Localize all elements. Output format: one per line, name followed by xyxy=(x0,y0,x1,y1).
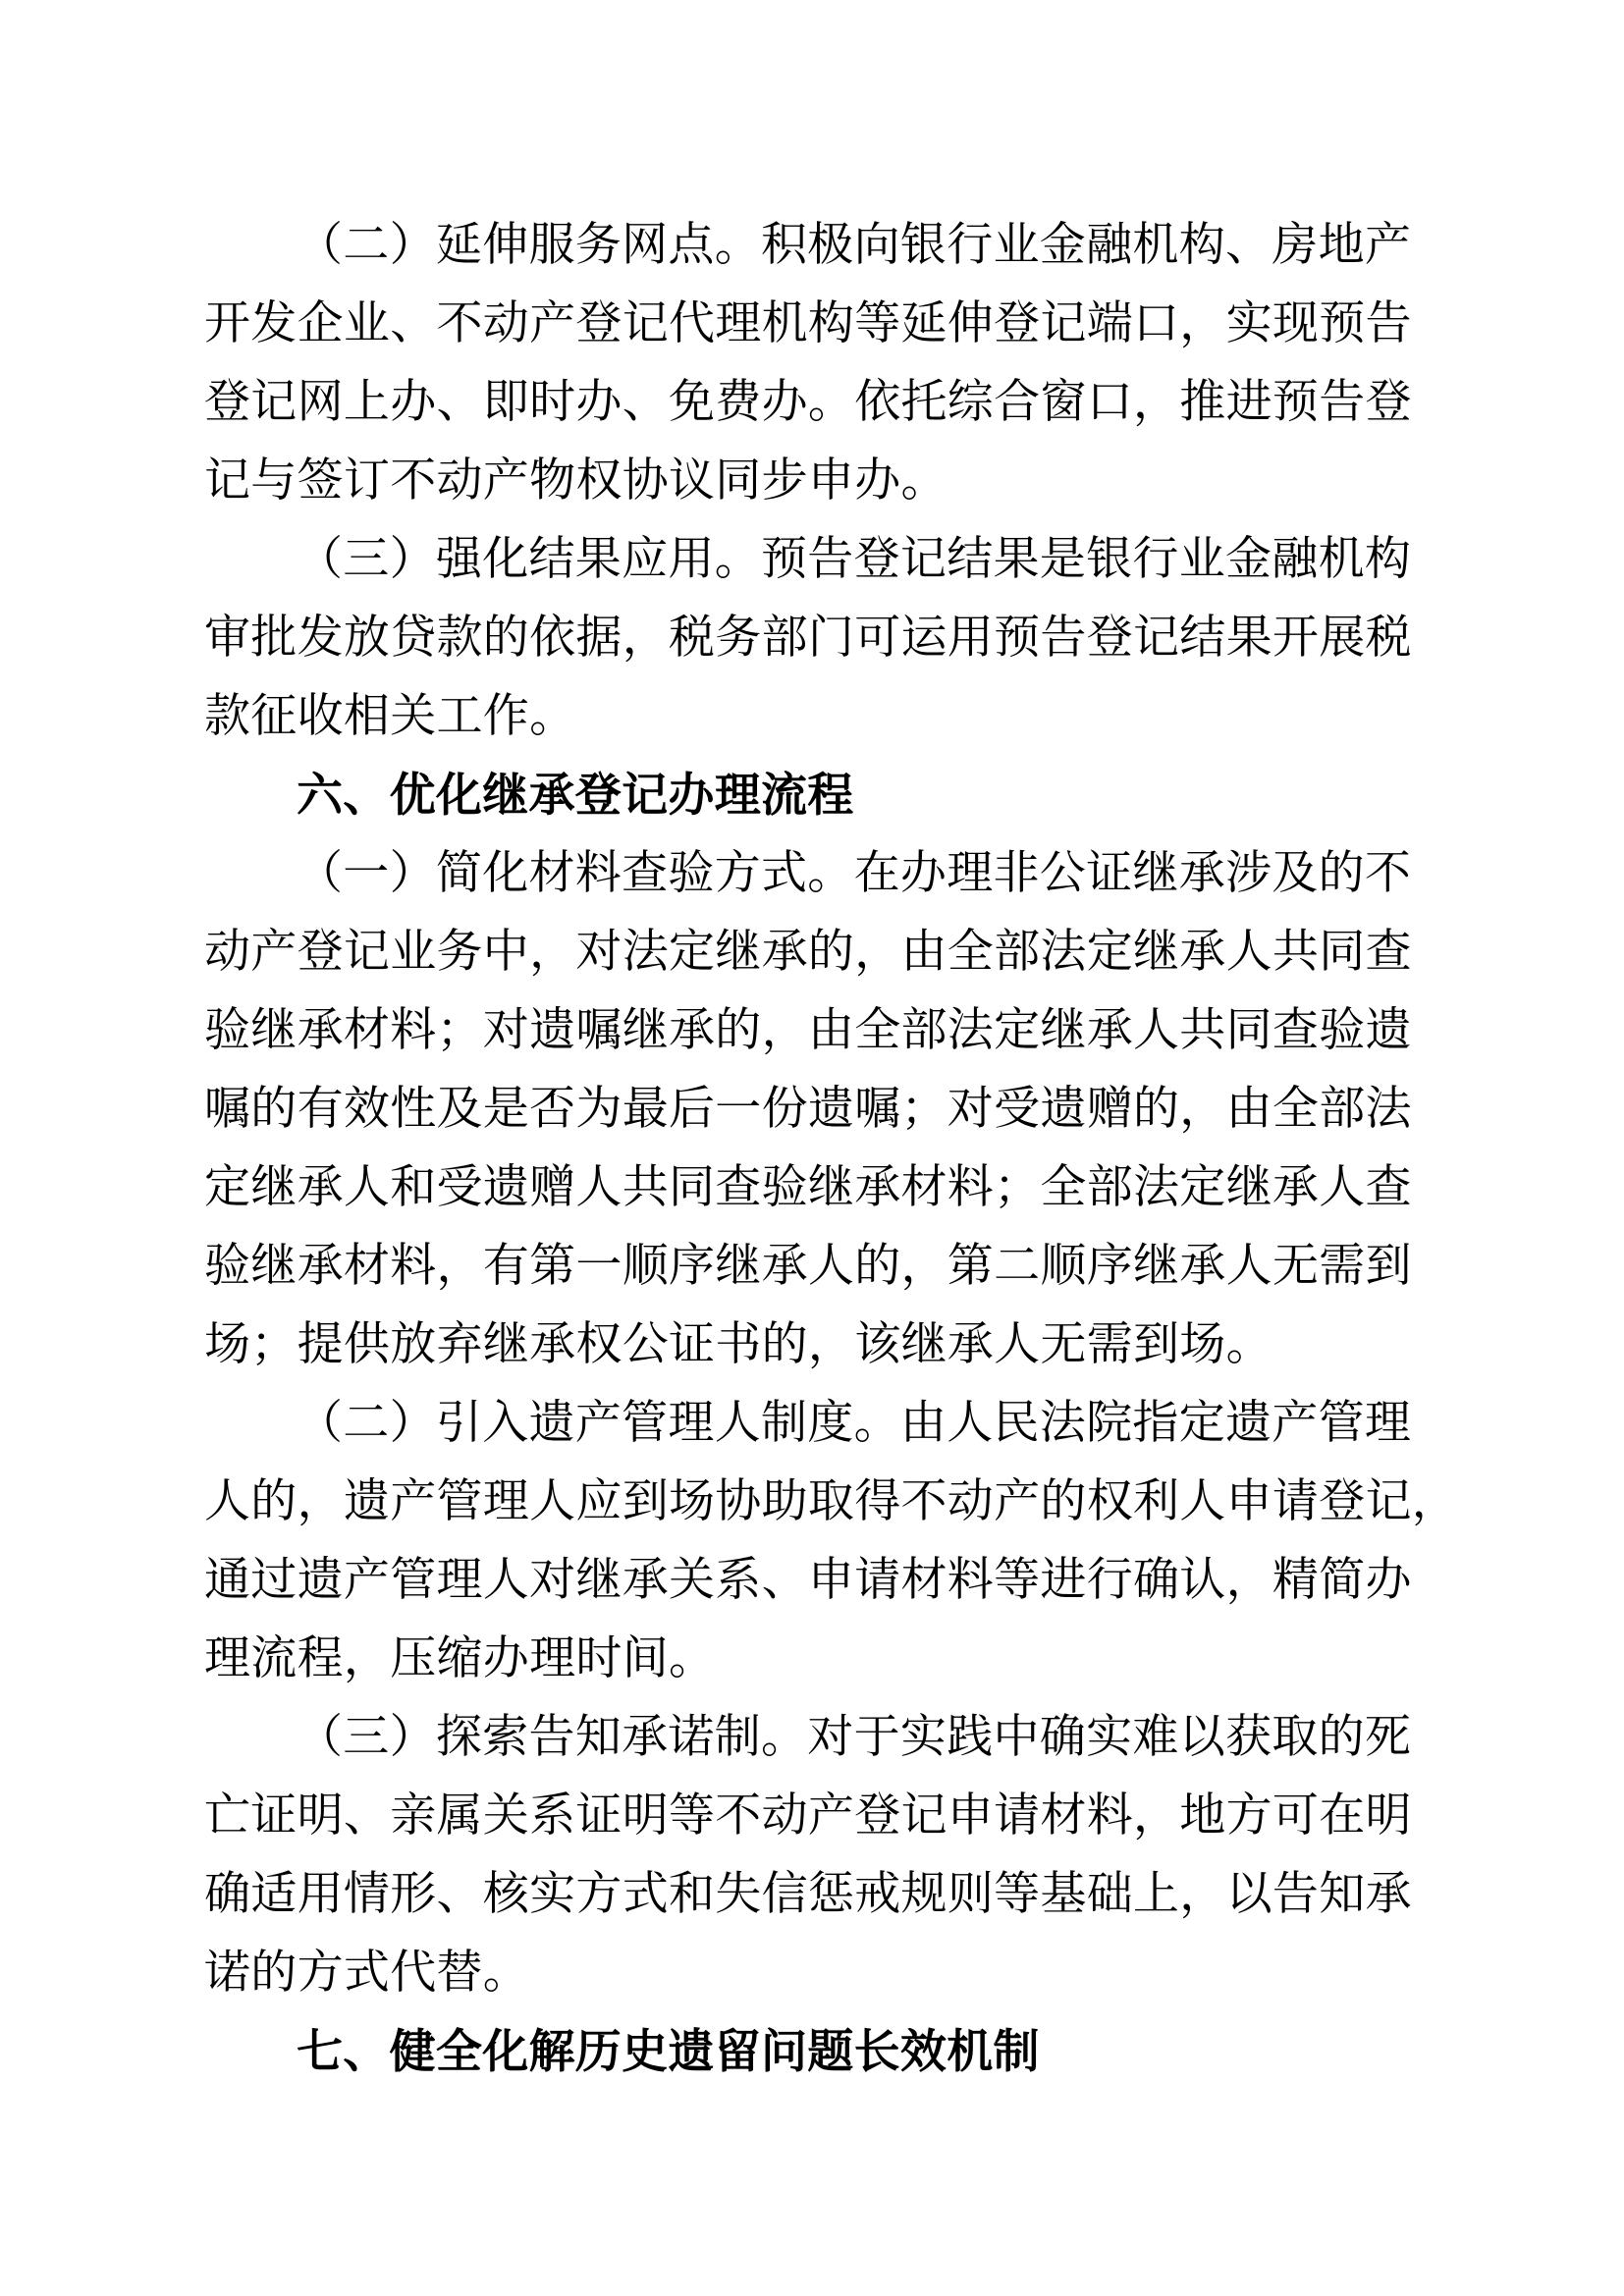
text-line: （二）延伸服务网点。积极向银行业金融机构、房地产 xyxy=(204,206,1422,285)
text-line: 审批发放贷款的依据，税务部门可运用预告登记结果开展税 xyxy=(204,599,1422,677)
text-line: 嘱的有效性及是否为最后一份遗嘱；对受遗赠的，由全部法 xyxy=(204,1070,1422,1148)
text-line: 诺的方式代替。 xyxy=(204,1934,1422,2012)
document-page: { "page": { "background_color": "#ffffff… xyxy=(0,0,1624,2296)
text-block: （二）延伸服务网点。积极向银行业金融机构、房地产开发企业、不动产登记代理机构等延… xyxy=(204,206,1422,2091)
paragraph: （三）探索告知承诺制。对于实践中确实难以获取的死亡证明、亲属关系证明等不动产登记… xyxy=(204,1698,1422,2012)
text-line: （三）探索告知承诺制。对于实践中确实难以获取的死 xyxy=(204,1698,1422,1777)
text-line: （二）引入遗产管理人制度。由人民法院指定遗产管理 xyxy=(204,1384,1422,1463)
paragraph: （二）引入遗产管理人制度。由人民法院指定遗产管理人的，遗产管理人应到场协助取得不… xyxy=(204,1384,1422,1698)
section-heading: 六、优化继承登记办理流程 xyxy=(204,756,1422,834)
text-line: 理流程，压缩办理时间。 xyxy=(204,1620,1422,1698)
text-line: 开发企业、不动产登记代理机构等延伸登记端口，实现预告 xyxy=(204,285,1422,363)
text-line: （三）强化结果应用。预告登记结果是银行业金融机构 xyxy=(204,520,1422,599)
text-line: 场；提供放弃继承权公证书的，该继承人无需到场。 xyxy=(204,1306,1422,1384)
text-line: 定继承人和受遗赠人共同查验继承材料；全部法定继承人查 xyxy=(204,1148,1422,1227)
text-line: （一）简化材料查验方式。在办理非公证继承涉及的不 xyxy=(204,834,1422,913)
text-line: 验继承材料，有第一顺序继承人的，第二顺序继承人无需到 xyxy=(204,1227,1422,1306)
text-line: 七、健全化解历史遗留问题长效机制 xyxy=(204,2012,1422,2091)
text-line: 确适用情形、核实方式和失信惩戒规则等基础上，以告知承 xyxy=(204,1855,1422,1934)
paragraph: （二）延伸服务网点。积极向银行业金融机构、房地产开发企业、不动产登记代理机构等延… xyxy=(204,206,1422,520)
page-canvas: （二）延伸服务网点。积极向银行业金融机构、房地产开发企业、不动产登记代理机构等延… xyxy=(0,0,1624,2296)
text-line: 登记网上办、即时办、免费办。依托综合窗口，推进预告登 xyxy=(204,363,1422,442)
text-line: 动产登记业务中，对法定继承的，由全部法定继承人共同查 xyxy=(204,913,1422,991)
text-line: 亡证明、亲属关系证明等不动产登记申请材料，地方可在明 xyxy=(204,1777,1422,1855)
text-line: 验继承材料；对遗嘱继承的，由全部法定继承人共同查验遗 xyxy=(204,991,1422,1070)
text-line: 人的，遗产管理人应到场协助取得不动产的权利人申请登记， xyxy=(204,1463,1422,1541)
section-heading: 七、健全化解历史遗留问题长效机制 xyxy=(204,2012,1422,2091)
paragraph: （三）强化结果应用。预告登记结果是银行业金融机构审批发放贷款的依据，税务部门可运… xyxy=(204,520,1422,756)
text-line: 记与签订不动产物权协议同步申办。 xyxy=(204,442,1422,520)
paragraph: （一）简化材料查验方式。在办理非公证继承涉及的不动产登记业务中，对法定继承的，由… xyxy=(204,834,1422,1384)
text-line: 六、优化继承登记办理流程 xyxy=(204,756,1422,834)
text-line: 款征收相关工作。 xyxy=(204,677,1422,756)
text-line: 通过遗产管理人对继承关系、申请材料等进行确认，精简办 xyxy=(204,1541,1422,1620)
